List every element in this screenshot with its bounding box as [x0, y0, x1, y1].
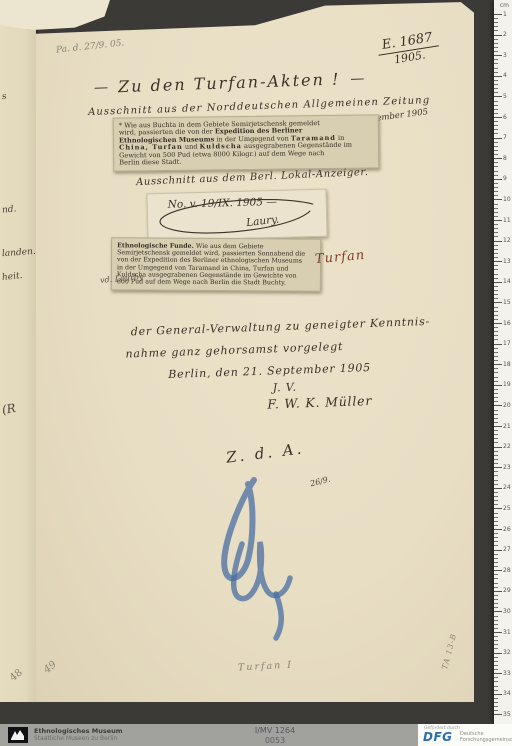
- submission-line: der General-Verwaltung zu geneigter Kenn…: [131, 314, 443, 338]
- ruler-tick-label: 30: [503, 608, 511, 615]
- ruler-tick-label: 10: [503, 196, 511, 203]
- museum-subtitle: Staatliche Museen zu Berlin: [34, 735, 117, 742]
- ruler-tick-label: 25: [503, 505, 511, 512]
- ruler-tick-label: 18: [503, 361, 511, 368]
- heading-dash-right: —: [350, 70, 365, 86]
- image-number: 0053: [238, 736, 312, 745]
- dfg-funding-box: Gefördert durch DFG Deutsche Forschungsg…: [418, 724, 512, 746]
- edge-handwriting-fragment: landen.: [2, 247, 36, 259]
- ruler-tick-label: 16: [503, 320, 511, 327]
- museum-logo: [8, 727, 28, 743]
- ruler-tick-label: 6: [503, 114, 507, 121]
- document-page: Pa. d. 27/9. 05. E. 1687 1905. — Zu den …: [36, 0, 474, 702]
- ruler-tick-label: 27: [503, 546, 511, 553]
- zda-note: Z. d. A.: [225, 439, 305, 466]
- ruler-tick-label: 3: [503, 52, 507, 59]
- ruler-tick-label: 34: [503, 690, 511, 697]
- ruler-tick-label: 7: [503, 134, 507, 141]
- ruler-tick-label: 29: [503, 587, 511, 594]
- ruler-tick-label: 14: [503, 278, 511, 285]
- ruler-tick-label: 2: [503, 31, 507, 38]
- ruler-tick-label: 19: [503, 381, 511, 388]
- page-number-48: 48: [8, 667, 25, 684]
- page-title: Zu den Turfan-Akten !: [118, 69, 341, 96]
- ruler-tick-label: 33: [503, 670, 511, 677]
- red-ink-note-turfan: Turfan: [314, 248, 365, 267]
- heading-dash-left: —: [94, 79, 109, 95]
- edge-handwriting-fragment: nd.: [2, 204, 17, 215]
- previous-page-edge: 48 snd.landen.heit.(R: [0, 24, 38, 702]
- ruler-tick-label: 12: [503, 237, 511, 244]
- ruler-tick-label: 11: [503, 217, 511, 224]
- ruler-tick-label: 31: [503, 629, 511, 636]
- ta-signature-note: TA 13-B: [440, 632, 458, 670]
- ruler-tick-label: 22: [503, 443, 511, 450]
- archive-scan-stage: 48 snd.landen.heit.(R Pa. d. 27/9. 05. E…: [0, 0, 512, 746]
- blue-paraph-mark: [186, 466, 346, 646]
- ruler: cm12345678910111213141516171819202122232…: [494, 0, 512, 724]
- pencil-note-top: Pa. d. 27/9. 05.: [56, 38, 125, 55]
- clipping-line: 600 Pud auf dem Wege nach Berlin die Sta…: [117, 278, 315, 287]
- page-number-49: 49: [42, 659, 59, 676]
- ruler-tick-label: 32: [503, 649, 511, 656]
- submission-paragraph: der General-Verwaltung zu geneigter Kenn…: [123, 314, 446, 416]
- ruler-tick-label: 24: [503, 484, 511, 491]
- ruler-tick-label: 35: [503, 711, 511, 718]
- footer-bar: Ethnologisches Museum Staatliche Museen …: [0, 724, 512, 746]
- newspaper-clipping-2: Ethnologische Funde. Wie aus dem Gebiete…: [111, 237, 321, 292]
- ruler-tick-label: 23: [503, 464, 511, 471]
- submission-line: nahme ganz gehorsamst vorgelegt: [125, 336, 443, 360]
- date-slip: No. v. 19/IX. 1905 — Laury.: [146, 189, 327, 242]
- ruler-tick-label: 17: [503, 340, 511, 347]
- archive-number: E. 1687 1905.: [376, 29, 441, 68]
- dfg-logo: DFG: [423, 730, 453, 744]
- pencil-note-bottom: Turfan I: [238, 660, 294, 674]
- edge-handwriting-fragment: heit.: [2, 271, 23, 283]
- ruler-tick-label: 21: [503, 423, 511, 430]
- dfg-name-line2: Forschungsgemeinschaft: [460, 737, 512, 743]
- ruler-tick-label: 8: [503, 155, 507, 162]
- ruler-tick-label: 13: [503, 258, 511, 265]
- ruler-tick-label: 28: [503, 567, 511, 574]
- ruler-tick-label: 15: [503, 299, 511, 306]
- ruler-tick-label: 1: [503, 11, 507, 18]
- edge-handwriting-fragment: s: [1, 92, 7, 103]
- ruler-tick-label: 5: [503, 93, 507, 100]
- inventory-number: I/MV 1264: [238, 726, 312, 735]
- ruler-tick-label: 4: [503, 72, 507, 79]
- ruler-tick-label: 20: [503, 402, 511, 409]
- heading-row: — Zu den Turfan-Akten ! —: [94, 66, 440, 97]
- ruler-tick-label: 26: [503, 526, 511, 533]
- newspaper-clipping-1: * Wie aus Buchta in dem Gebiete Semirjet…: [113, 114, 380, 172]
- ruler-tick-label: 9: [503, 175, 507, 182]
- edge-handwriting-fragment: (R: [1, 401, 17, 417]
- ruler-unit-label: cm: [500, 2, 509, 9]
- paper-scrap-top-left: [0, 0, 110, 30]
- museum-name: Ethnologisches Museum: [34, 727, 123, 735]
